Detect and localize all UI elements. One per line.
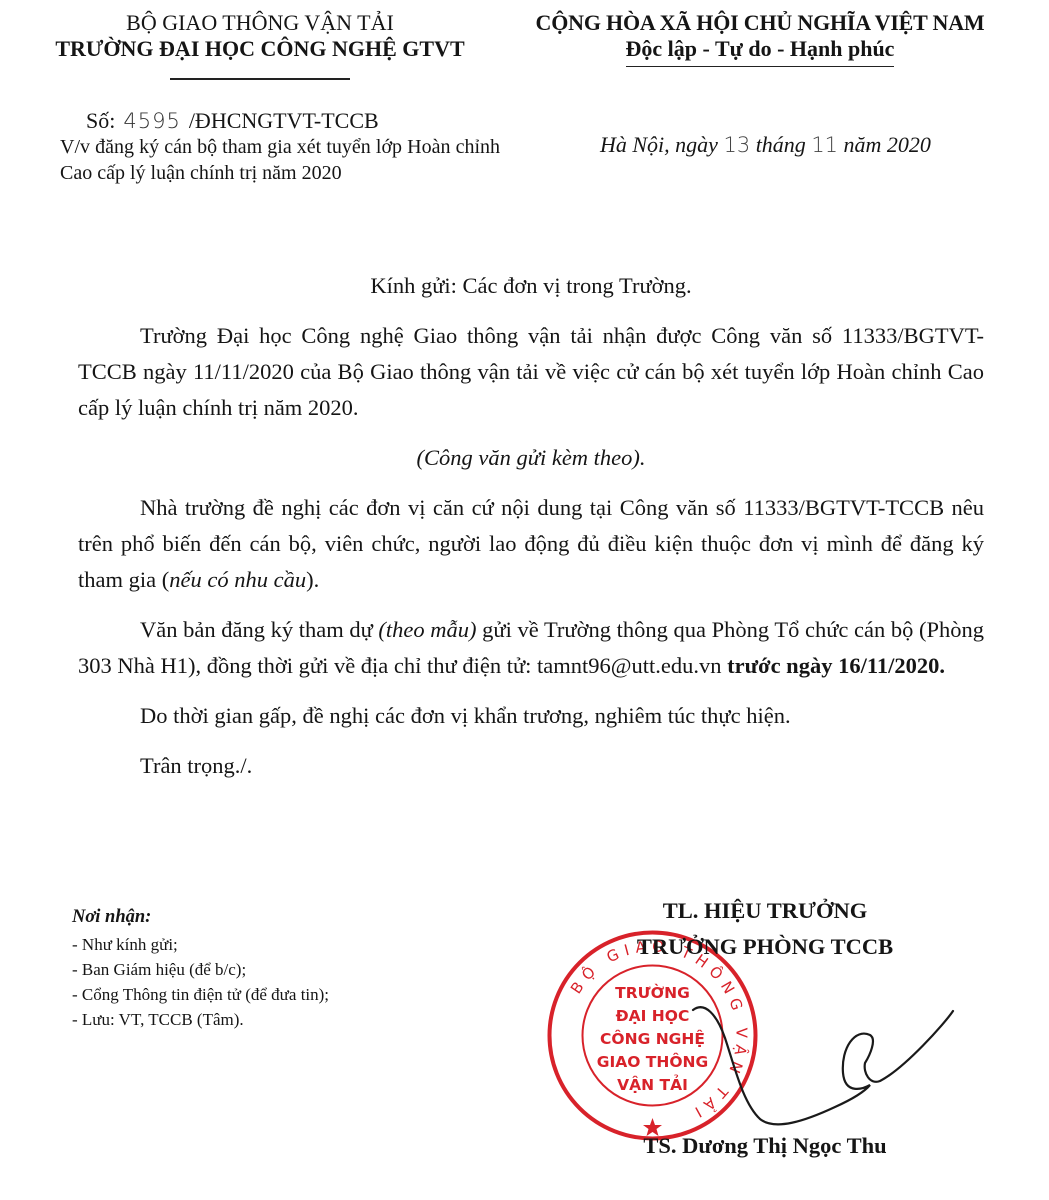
nation-name: CỘNG HÒA XÃ HỘI CHỦ NGHĨA VIỆT NAM	[525, 10, 995, 36]
recipients-block: Nơi nhận: - Như kính gửi; - Ban Giám hiệ…	[72, 905, 492, 1032]
issue-date: Hà Nội, ngày 13 tháng 11 năm 2020	[600, 132, 931, 158]
recipients-title: Nơi nhận:	[72, 905, 492, 930]
deadline: trước ngày 16/11/2020.	[722, 653, 945, 678]
paragraph-3-italic: (theo mẫu)	[378, 617, 476, 642]
contact-email: tamnt96@utt.edu.vn	[537, 653, 721, 678]
document-number-suffix: /ĐHCNGTVT-TCCB	[189, 108, 379, 133]
header-divider	[170, 78, 350, 80]
paragraph-2-italic: nếu có nhu cầu	[169, 567, 306, 592]
date-place: Hà Nội, ngày	[600, 132, 718, 157]
date-month-label: tháng	[756, 132, 806, 157]
date-month: 11	[811, 133, 838, 157]
paragraph-3: Văn bản đăng ký tham dự (theo mẫu) gửi v…	[78, 612, 984, 684]
recipient-item: - Như kính gửi;	[72, 932, 492, 957]
handwritten-signature-icon	[665, 993, 965, 1143]
signature-title-2: TRƯỞNG PHÒNG TCCB	[575, 929, 955, 965]
document-number: Số:4595/ĐHCNGTVT-TCCB	[86, 108, 379, 134]
document-subject: V/v đăng ký cán bộ tham gia xét tuyển lớ…	[60, 134, 500, 186]
letter-body: Kính gửi: Các đơn vị trong Trường. Trườn…	[78, 268, 984, 784]
signer-name: TS. Dương Thị Ngọc Thu	[575, 1133, 955, 1159]
closing: Trân trọng./.	[78, 748, 984, 784]
signature-title-1: TL. HIỆU TRƯỞNG	[575, 893, 955, 929]
document-number-prefix: Số:	[86, 108, 115, 133]
issuer-header: BỘ GIAO THÔNG VẬN TẢI TRƯỜNG ĐẠI HỌC CÔN…	[40, 10, 480, 80]
document-number-value: 4595	[123, 109, 180, 133]
recipient-item: - Lưu: VT, TCCB (Tâm).	[72, 1007, 492, 1032]
paragraph-2-end: ).	[306, 567, 319, 592]
greeting: Kính gửi: Các đơn vị trong Trường.	[78, 268, 984, 304]
date-year: năm 2020	[844, 132, 931, 157]
attachment-note: (Công văn gửi kèm theo).	[78, 440, 984, 476]
school-name: TRƯỜNG ĐẠI HỌC CÔNG NGHỆ GTVT	[40, 36, 480, 62]
ministry-name: BỘ GIAO THÔNG VẬN TẢI	[40, 10, 480, 36]
date-day: 13	[723, 133, 750, 157]
paragraph-1: Trường Đại học Công nghệ Giao thông vận …	[78, 318, 984, 426]
national-header: CỘNG HÒA XÃ HỘI CHỦ NGHĨA VIỆT NAM Độc l…	[525, 10, 995, 67]
signature-block: BỘ GIAO THÔNG VẬN TẢI TRƯỜNG ĐẠI HỌC CÔN…	[575, 893, 955, 965]
recipient-item: - Ban Giám hiệu (để b/c);	[72, 957, 492, 982]
national-motto: Độc lập - Tự do - Hạnh phúc	[626, 36, 895, 67]
paragraph-2: Nhà trường đề nghị các đơn vị căn cứ nội…	[78, 490, 984, 598]
paragraph-4: Do thời gian gấp, đề nghị các đơn vị khẩ…	[78, 698, 984, 734]
recipient-item: - Cổng Thông tin điện tử (để đưa tin);	[72, 982, 492, 1007]
paragraph-3-text-a: Văn bản đăng ký tham dự	[140, 617, 378, 642]
